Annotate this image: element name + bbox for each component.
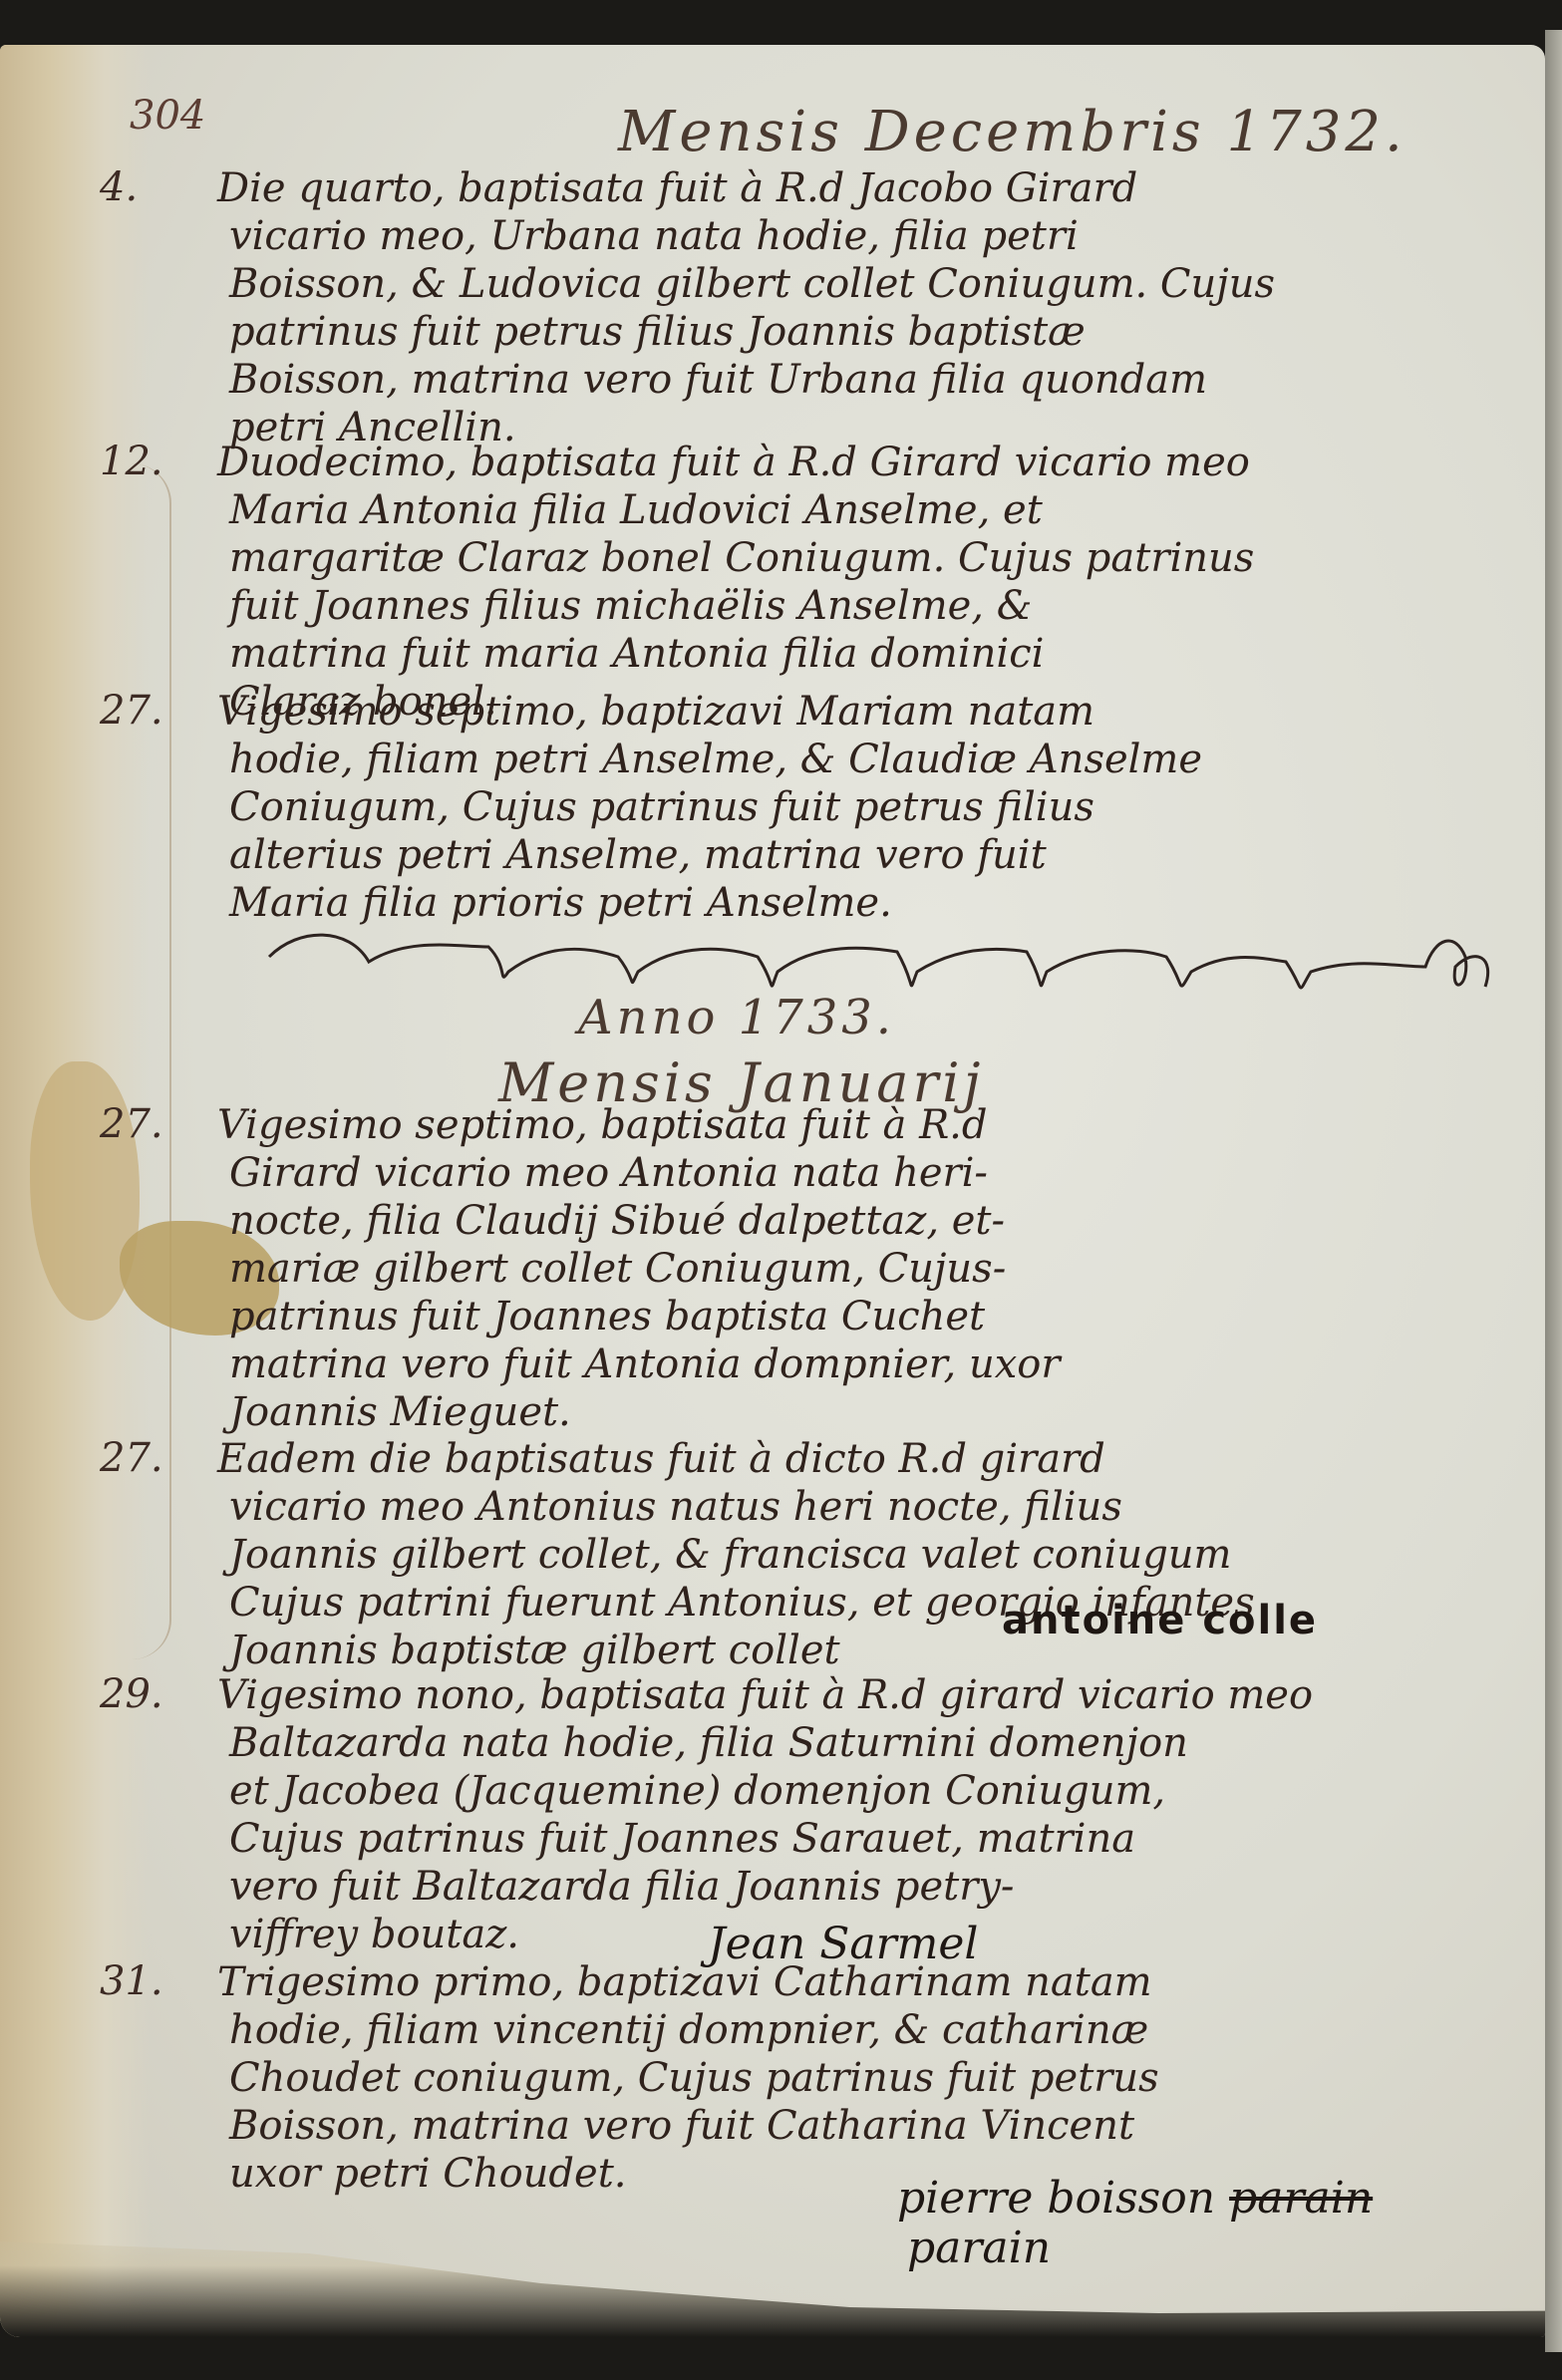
entry-line: Boisson, matrina vero fuit Catharina Vin…	[229, 2102, 1525, 2150]
entry-line: Choudet coniugum, Cujus patrinus fuit pe…	[229, 2054, 1525, 2102]
entry-line: hodie, filiam petri Anselme, & Claudiæ A…	[229, 736, 1525, 783]
entry-text: Vigesimo septimo, baptisata fuit à R.d G…	[229, 1101, 1525, 1436]
entry-line: Joannis Mieguet.	[229, 1388, 1525, 1436]
entry-day: 27.	[100, 1435, 189, 1481]
entry-line: matrina vero fuit Antonia dompnier, uxor	[229, 1340, 1525, 1388]
entry-text: Vigesimo nono, baptisata fuit à R.d gira…	[229, 1671, 1525, 1958]
entry-line: nocte, filia Claudij Sibué dalpettaz, et…	[229, 1197, 1525, 1245]
entry-line: Maria Antonia filia Ludovici Anselme, et	[229, 486, 1525, 534]
entry-line: Baltazarda nata hodie, filia Saturnini d…	[229, 1719, 1525, 1767]
entry-line: Cujus patrini fuerunt Antonius, et georg…	[229, 1579, 1525, 1627]
register-page: 304 Mensis Decembris 1732. 4. Die quarto…	[0, 45, 1545, 2337]
entry-text: Duodecimo, baptisata fuit à R.d Girard v…	[229, 439, 1525, 726]
entry-text: Die quarto, baptisata fuit à R.d Jacobo …	[229, 164, 1525, 451]
entry-line: Boisson, matrina vero fuit Urbana filia …	[229, 356, 1525, 404]
entry-line: vicario meo, Urbana nata hodie, filia pe…	[229, 212, 1525, 260]
entry-text: Eadem die baptisatus fuit à dicto R.d gi…	[229, 1435, 1525, 1674]
entry-line: Eadem die baptisatus fuit à dicto R.d gi…	[217, 1435, 1525, 1483]
entry-line: Boisson, & Ludovica gilbert collet Coniu…	[229, 260, 1525, 308]
entry-day: 31.	[100, 1958, 189, 2004]
entry-line: Vigesimo nono, baptisata fuit à R.d gira…	[217, 1671, 1525, 1719]
entry-text: Vigesimo septimo, baptizavi Mariam natam…	[229, 688, 1525, 927]
entry-line: patrinus fuit Joannes baptista Cuchet	[229, 1293, 1525, 1340]
signature-antoine-colle: antoine colle	[1002, 1598, 1318, 1643]
heading-anno-1733: Anno 1733.	[578, 990, 895, 1045]
entry-line: Joannis gilbert collet, & francisca vale…	[229, 1531, 1525, 1579]
entry-line: Duodecimo, baptisata fuit à R.d Girard v…	[217, 439, 1525, 486]
entry-line: Trigesimo primo, baptizavi Catharinam na…	[217, 1958, 1525, 2006]
entry-line: et Jacobea (Jacquemine) domenjon Coniugu…	[229, 1767, 1525, 1815]
adjacent-page-edge	[1545, 30, 1562, 2352]
entry-line: Joannis baptistæ gilbert collet	[229, 1627, 1525, 1674]
entry-line: vicario meo Antonius natus heri nocte, f…	[229, 1483, 1525, 1531]
entry-line: hodie, filiam vincentij dompnier, & cath…	[229, 2006, 1525, 2054]
signature-pierre-boisson: pierre boisson parain	[897, 2173, 1373, 2224]
entry-line: Vigesimo septimo, baptizavi Mariam natam	[217, 688, 1525, 736]
signature-name: pierre boisson	[897, 2173, 1215, 2224]
entry-line: Girard vicario meo Antonia nata heri-	[229, 1149, 1525, 1197]
entry-line: Cujus patrinus fuit Joannes Sarauet, mat…	[229, 1815, 1525, 1863]
signature-parain: parain	[907, 2223, 1051, 2273]
entry-line: matrina fuit maria Antonia filia dominic…	[229, 630, 1525, 678]
torn-bottom-edge	[0, 2218, 1545, 2337]
entry-line: Maria filia prioris petri Anselme.	[229, 879, 1525, 927]
entry-day: 29.	[100, 1671, 189, 1717]
entry-line: Vigesimo septimo, baptisata fuit à R.d	[217, 1101, 1525, 1149]
entry-line: margaritæ Claraz bonel Coniugum. Cujus p…	[229, 534, 1525, 582]
entry-day: 27.	[100, 1101, 189, 1147]
entry-line: patrinus fuit petrus filius Joannis bapt…	[229, 308, 1525, 356]
flourish-divider	[259, 927, 1505, 997]
entry-line: Coniugum, Cujus patrinus fuit petrus fil…	[229, 783, 1525, 831]
entry-day: 4.	[100, 164, 189, 210]
entry-line: Die quarto, baptisata fuit à R.d Jacobo …	[217, 164, 1525, 212]
entry-day: 27.	[100, 688, 189, 734]
entry-line: vero fuit Baltazarda filia Joannis petry…	[229, 1863, 1525, 1911]
entry-text: Trigesimo primo, baptizavi Catharinam na…	[229, 1958, 1525, 2198]
page-number: 304	[130, 93, 205, 139]
heading-december-1732: Mensis Decembris 1732.	[618, 100, 1406, 164]
struck-word: parain	[1229, 2173, 1373, 2224]
entry-line: mariæ gilbert collet Coniugum, Cujus-	[229, 1245, 1525, 1293]
entry-line: alterius petri Anselme, matrina vero fui…	[229, 831, 1525, 879]
entry-line: fuit Joannes filius michaëlis Anselme, &	[229, 582, 1525, 630]
entry-day: 12.	[100, 439, 189, 484]
